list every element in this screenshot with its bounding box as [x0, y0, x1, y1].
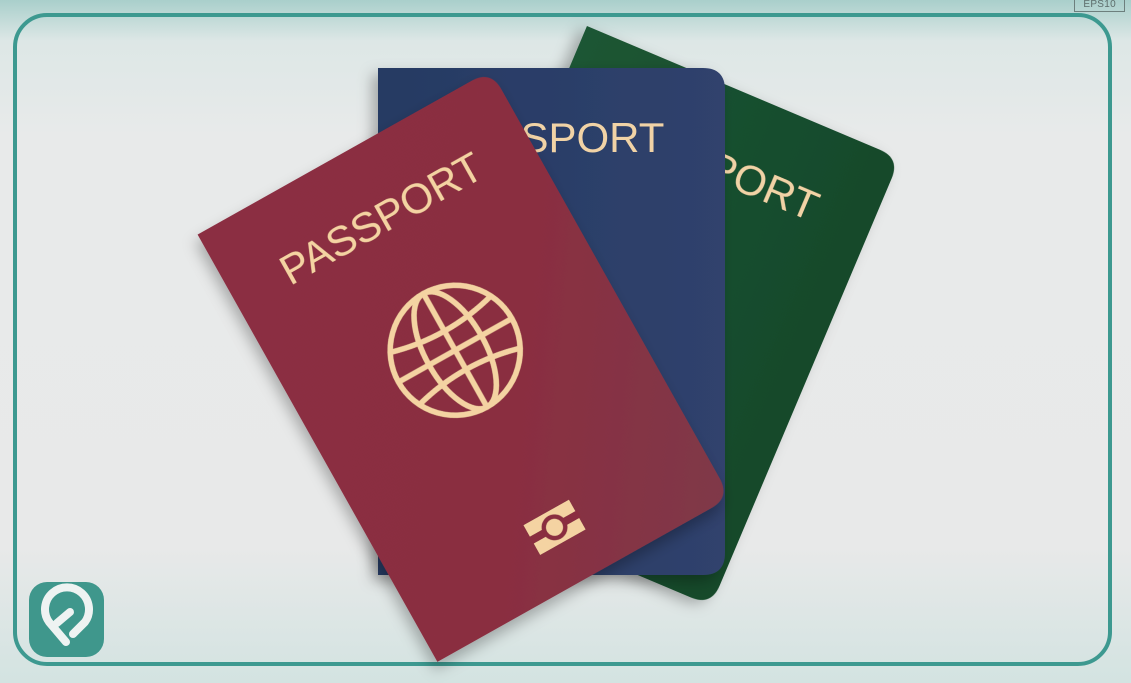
location-pin-logo-icon: [29, 582, 104, 657]
passport-illustration: PASSPORT PASSPORT PASSPORT: [0, 0, 1131, 683]
brand-logo: [29, 582, 104, 657]
